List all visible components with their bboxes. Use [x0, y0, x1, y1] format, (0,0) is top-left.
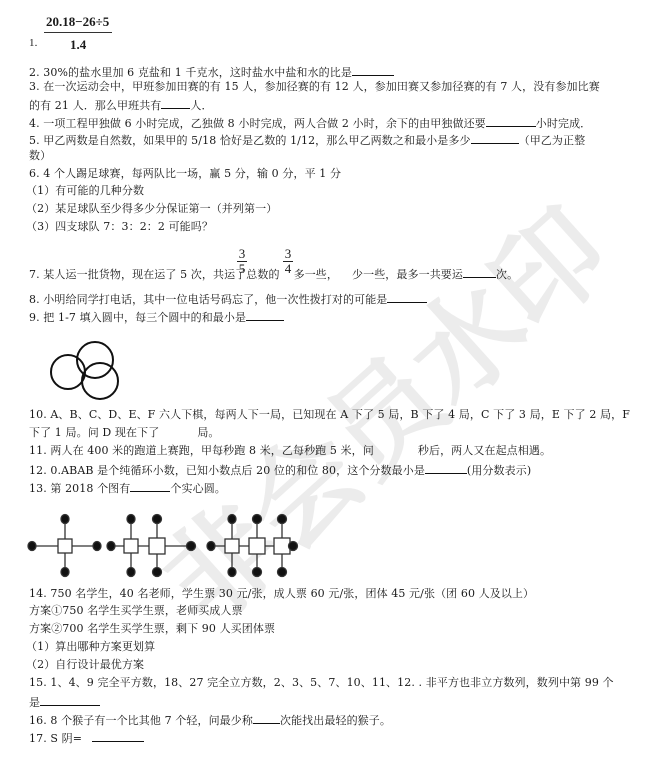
q4-text-a: 4. 一项工程甲独做 6 小时完成，乙独做 8 小时完成，两人合做 2 小时，余… — [29, 117, 486, 130]
q13-text-b: 个实心圆。 — [170, 482, 226, 495]
question-7: 7. 某人运一批货物，现在运了 5 次，共运了总数的多一些，少一些，最多一共要运… — [29, 266, 518, 282]
q16-answer-blank[interactable] — [253, 712, 280, 724]
question-17: 17. S 阴= — [29, 730, 144, 746]
three-circles-figure — [40, 335, 140, 405]
question-16: 16. 8 个猴子有一个比其他 7 个轻，问最少称次能找出最轻的猴子。 — [29, 712, 391, 728]
q16-text-b: 次能找出最轻的猴子。 — [280, 714, 391, 727]
q14-sub-2: （2）自行设计最优方案 — [26, 658, 144, 672]
q6-sub-2: （2）某足球队至少得多少分保证第一（并列第一） — [26, 202, 277, 216]
q3-line1: 3. 在一次运动会中，甲班参加田赛的有 15 人，参加径赛的有 12 人，参加田… — [29, 80, 600, 94]
q8-answer-blank[interactable] — [387, 291, 427, 303]
q2-text: 2. 30%的盐水里加 6 克盐和 1 千克水，这时盐水中盐和水的比是 — [29, 66, 352, 79]
q5-text-a: 5. 甲乙两数是自然数，如果甲的 5/18 恰好是乙数的 1/12，那么甲乙两数… — [29, 134, 471, 147]
q1-number: 1. — [29, 36, 37, 50]
question-13: 13. 第 2018 个图有个实心圆。 — [29, 480, 226, 496]
q3-answer-blank[interactable] — [161, 97, 190, 109]
q8-text: 8. 小明给同学打电话，其中一位电话号码忘了，他一次性拨打对的可能是 — [29, 293, 387, 306]
q14-plan1: 方案①750 名学生买学生票，老师买成人票 — [29, 604, 243, 618]
q7-fraction-3-4: 3 4 — [283, 247, 293, 276]
q6-sub-3: （3）四支球队 7：3：2：2 可能吗？ — [26, 220, 213, 234]
q4-text-b: 小时完成． — [536, 117, 592, 130]
q12-answer-blank[interactable] — [425, 462, 467, 474]
q12-text-a: 12. 0.ABAB 是个纯循环小数，已知小数点后 20 位的和位 80，这个分… — [29, 464, 425, 477]
q11-text-b: 秒后，两人又在起点相遇。 — [418, 444, 551, 457]
q9-text: 9. 把 1-7 填入圆中，每三个圆中的和最小是 — [29, 311, 246, 324]
q14-sub-1: （1）算出哪种方案更划算 — [26, 640, 155, 654]
q7-text-c: 少一些，最多一共要运 — [352, 268, 463, 281]
q6-text: 6. 4 个人踢足球赛，每两队比一场，赢 5 分，输 0 分，平 1 分 — [29, 167, 341, 181]
q10-line1: 10. A、B、C、D、E、F 六人下棋，每两人下一局，已知现在 A 下了 5 … — [29, 408, 630, 422]
q11-text-a: 11. 两人在 400 米的跑道上赛跑，甲每秒跑 8 米，乙每秒跑 5 米，问 — [29, 444, 374, 457]
q15-answer-blank[interactable] — [40, 694, 100, 706]
q15-text: 是 — [29, 696, 40, 709]
q7-fraction-3-5: 3 5 — [237, 247, 247, 276]
q1-denominator: 1.4 — [44, 37, 112, 53]
question-2: 2. 30%的盐水里加 6 克盐和 1 千克水，这时盐水中盐和水的比是 — [29, 64, 394, 80]
q3-text-a: 的有 21 人．那么甲班共有 — [29, 99, 161, 112]
q12-text-b: (用分数表示) — [467, 464, 531, 477]
q2-answer-blank[interactable] — [352, 64, 394, 76]
q6-sub-1: （1）有可能的几种分数 — [26, 184, 144, 198]
q3-text-b: 人． — [190, 99, 212, 112]
pattern-figure — [25, 505, 330, 585]
q4-answer-blank[interactable] — [486, 115, 536, 127]
q9-answer-blank[interactable] — [246, 309, 284, 321]
question-11: 11. 两人在 400 米的跑道上赛跑，甲每秒跑 8 米，乙每秒跑 5 米，问秒… — [29, 444, 551, 458]
q10-text-b: 局。 — [197, 426, 219, 439]
pattern-figure-1 — [28, 515, 101, 577]
q5-line2: 数） — [29, 149, 51, 163]
q7-answer-blank[interactable] — [463, 266, 496, 278]
question-12: 12. 0.ABAB 是个纯循环小数，已知小数点后 20 位的和位 80，这个分… — [29, 462, 531, 478]
q14-text: 14. 750 名学生，40 名老师，学生票 30 元/张，成人票 60 元/张… — [29, 587, 534, 601]
q7-text-d: 次。 — [496, 268, 518, 281]
pattern-figure-3 — [207, 515, 298, 577]
pattern-figure-2 — [86, 505, 196, 577]
q16-text-a: 16. 8 个猴子有一个比其他 7 个轻，问最少称 — [29, 714, 253, 727]
q15-line1: 15. 1、4、9 完全平方数，18、27 完全立方数，2、3、5、7、10、1… — [29, 676, 614, 690]
question-15-line2: 是 — [29, 694, 100, 710]
question-4: 4. 一项工程甲独做 6 小时完成，乙独做 8 小时完成，两人合做 2 小时，余… — [29, 115, 591, 131]
question-3-line2: 的有 21 人．那么甲班共有人． — [29, 97, 213, 113]
q1-fraction: 20.18−26÷5 1.4 — [44, 14, 112, 53]
q17-answer-blank[interactable] — [92, 730, 144, 742]
question-5: 5. 甲乙两数是自然数，如果甲的 5/18 恰好是乙数的 1/12，那么甲乙两数… — [29, 132, 585, 148]
q5-text-b: （甲乙为正整 — [519, 134, 586, 147]
q17-text: 17. S 阴= — [29, 732, 86, 745]
question-10-line2: 下了 1 局。问 D 现在下了局。 — [29, 426, 220, 440]
q13-text-a: 13. 第 2018 个图有 — [29, 482, 130, 495]
q5-answer-blank[interactable] — [471, 132, 519, 144]
q1-numerator: 20.18−26÷5 — [44, 14, 112, 33]
question-8: 8. 小明给同学打电话，其中一位电话号码忘了，他一次性拨打对的可能是 — [29, 291, 427, 307]
q14-plan2: 方案②700 名学生买学生票，剩下 90 人买团体票 — [29, 622, 275, 636]
q10-text-a: 下了 1 局。问 D 现在下了 — [29, 426, 159, 439]
q7-text-b: 多一些， — [294, 268, 338, 281]
q13-answer-blank[interactable] — [130, 480, 170, 492]
question-9: 9. 把 1-7 填入圆中，每三个圆中的和最小是 — [29, 309, 284, 325]
